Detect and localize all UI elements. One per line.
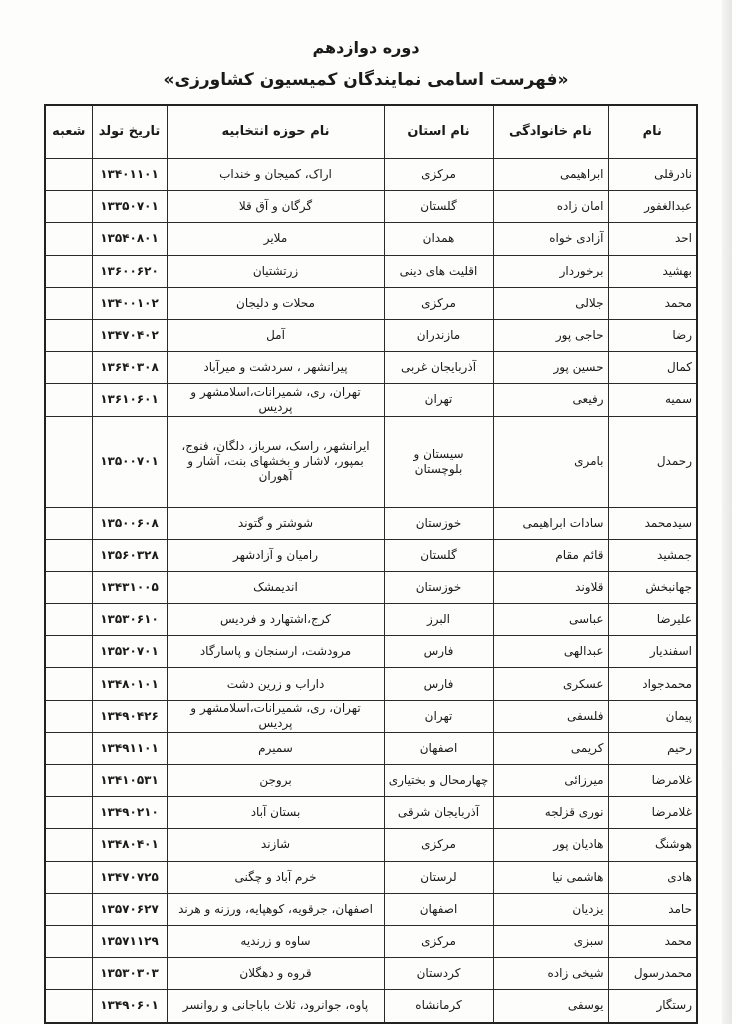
cell-branch bbox=[45, 668, 92, 700]
table-row: احدآزادی خواههمدانملایر۱۳۵۴۰۸۰۱ bbox=[45, 223, 697, 255]
cell-branch bbox=[45, 223, 92, 255]
table-row: حامدیزدیاناصفهاناصفهان، جرقویه، کوهپایه،… bbox=[45, 893, 697, 925]
cell-province: مرکزی bbox=[384, 925, 493, 957]
cell-first-name: هوشنگ bbox=[608, 829, 697, 861]
cell-birth-date: ۱۳۳۵۰۷۰۱ bbox=[92, 191, 167, 223]
table-row: بهشیدبرخورداراقلیت های دینیزرتشتیان۱۳۶۰۰… bbox=[45, 255, 697, 287]
cell-birth-date: ۱۳۵۰۰۶۰۸ bbox=[92, 507, 167, 539]
table-row: جمشیدقائم مقامگلستانرامیان و آزادشهر۱۳۵۶… bbox=[45, 539, 697, 571]
cell-birth-date: ۱۳۴۷۰۷۲۵ bbox=[92, 861, 167, 893]
cell-branch bbox=[45, 255, 92, 287]
cell-last-name: رفیعی bbox=[493, 384, 608, 416]
cell-last-name: یزدیان bbox=[493, 893, 608, 925]
cell-branch bbox=[45, 925, 92, 957]
cell-last-name: برخوردار bbox=[493, 255, 608, 287]
cell-branch bbox=[45, 507, 92, 539]
cell-province: آذربایجان شرقی bbox=[384, 797, 493, 829]
cell-birth-date: ۱۳۴۹۰۲۱۰ bbox=[92, 797, 167, 829]
cell-district: رامیان و آزادشهر bbox=[167, 539, 384, 571]
cell-branch bbox=[45, 732, 92, 764]
cell-province: فارس bbox=[384, 668, 493, 700]
cell-district: گرگان و آق قلا bbox=[167, 191, 384, 223]
cell-district: بستان آباد bbox=[167, 797, 384, 829]
cell-district: آمل bbox=[167, 319, 384, 351]
table-row: کمالحسین پورآذربایجان غربیپیرانشهر ، سرد… bbox=[45, 352, 697, 384]
cell-branch bbox=[45, 159, 92, 191]
header-province: نام استان bbox=[384, 105, 493, 159]
cell-province: اقلیت های دینی bbox=[384, 255, 493, 287]
cell-last-name: جلالی bbox=[493, 287, 608, 319]
cell-district: اراک، کمیجان و خنداب bbox=[167, 159, 384, 191]
cell-first-name: محمدرسول bbox=[608, 958, 697, 990]
cell-province: خوزستان bbox=[384, 507, 493, 539]
cell-district: اصفهان، جرقویه، کوهپایه، ورزنه و هرند bbox=[167, 893, 384, 925]
cell-birth-date: ۱۳۴۷۰۴۰۲ bbox=[92, 319, 167, 351]
cell-district: اندیمشک bbox=[167, 571, 384, 603]
cell-district: بروجن bbox=[167, 765, 384, 797]
cell-district: پاوه، جوانرود، ثلاث باباجانی و روانسر bbox=[167, 990, 384, 1023]
document-subtitle: دوره دوازدهم bbox=[0, 38, 732, 57]
table-row: محمدسبزیمرکزیساوه و زرندیه۱۳۵۷۱۱۲۹ bbox=[45, 925, 697, 957]
cell-last-name: سادات ابراهیمی bbox=[493, 507, 608, 539]
cell-last-name: میرزائی bbox=[493, 765, 608, 797]
cell-district: مرودشت، ارسنجان و پاسارگاد bbox=[167, 636, 384, 668]
cell-branch bbox=[45, 797, 92, 829]
cell-branch bbox=[45, 416, 92, 507]
cell-first-name: علیرضا bbox=[608, 604, 697, 636]
cell-last-name: شیخی زاده bbox=[493, 958, 608, 990]
cell-last-name: قائم مقام bbox=[493, 539, 608, 571]
cell-branch bbox=[45, 539, 92, 571]
cell-branch bbox=[45, 604, 92, 636]
cell-last-name: فلسفی bbox=[493, 700, 608, 732]
cell-district: سمیرم bbox=[167, 732, 384, 764]
cell-province: اصفهان bbox=[384, 732, 493, 764]
cell-first-name: حامد bbox=[608, 893, 697, 925]
table-row: سمیهرفیعیتهرانتهران، ری، شمیرانات،اسلامش… bbox=[45, 384, 697, 416]
cell-district: کرج،اشتهارد و فردیس bbox=[167, 604, 384, 636]
cell-branch bbox=[45, 636, 92, 668]
cell-last-name: ابراهیمی bbox=[493, 159, 608, 191]
cell-district: شوشتر و گتوند bbox=[167, 507, 384, 539]
table-row: نادرقلیابراهیمیمرکزیاراک، کمیجان و خنداب… bbox=[45, 159, 697, 191]
cell-province: مرکزی bbox=[384, 829, 493, 861]
cell-birth-date: ۱۳۵۳۰۶۱۰ bbox=[92, 604, 167, 636]
cell-province: کرمانشاه bbox=[384, 990, 493, 1023]
cell-last-name: کریمی bbox=[493, 732, 608, 764]
cell-province: آذربایجان غربی bbox=[384, 352, 493, 384]
cell-first-name: احد bbox=[608, 223, 697, 255]
table-header-row: نام نام خانوادگی نام استان نام حوزه انتخ… bbox=[45, 105, 697, 159]
cell-first-name: پیمان bbox=[608, 700, 697, 732]
cell-province: مازندران bbox=[384, 319, 493, 351]
cell-birth-date: ۱۳۵۰۰۷۰۱ bbox=[92, 416, 167, 507]
cell-first-name: رضا bbox=[608, 319, 697, 351]
cell-branch bbox=[45, 352, 92, 384]
cell-branch bbox=[45, 958, 92, 990]
table-row: محمدجلالیمرکزیمحلات و دلیجان۱۳۴۰۰۱۰۲ bbox=[45, 287, 697, 319]
cell-branch bbox=[45, 700, 92, 732]
cell-birth-date: ۱۳۵۴۰۸۰۱ bbox=[92, 223, 167, 255]
table-row: هادیهاشمی نیالرستانخرم آباد و چگنی۱۳۴۷۰۷… bbox=[45, 861, 697, 893]
cell-branch bbox=[45, 829, 92, 861]
cell-first-name: سمیه bbox=[608, 384, 697, 416]
cell-district: ساوه و زرندیه bbox=[167, 925, 384, 957]
cell-birth-date: ۱۳۵۶۰۳۲۸ bbox=[92, 539, 167, 571]
cell-birth-date: ۱۳۵۷۰۶۲۷ bbox=[92, 893, 167, 925]
cell-district: تهران، ری، شمیرانات،اسلامشهر و پردیس bbox=[167, 700, 384, 732]
cell-branch bbox=[45, 765, 92, 797]
cell-birth-date: ۱۳۴۸۰۱۰۱ bbox=[92, 668, 167, 700]
cell-birth-date: ۱۳۶۴۰۳۰۸ bbox=[92, 352, 167, 384]
cell-last-name: سبزی bbox=[493, 925, 608, 957]
cell-province: کردستان bbox=[384, 958, 493, 990]
cell-birth-date: ۱۳۴۹۰۶۰۱ bbox=[92, 990, 167, 1023]
cell-last-name: عسکری bbox=[493, 668, 608, 700]
cell-province: سیستان و بلوچستان bbox=[384, 416, 493, 507]
cell-birth-date: ۱۳۴۳۱۰۰۵ bbox=[92, 571, 167, 603]
cell-birth-date: ۱۳۴۸۰۴۰۱ bbox=[92, 829, 167, 861]
table-row: محمدرسولشیخی زادهکردستانقروه و دهگلان۱۳۵… bbox=[45, 958, 697, 990]
cell-first-name: سیدمحمد bbox=[608, 507, 697, 539]
cell-last-name: حاجی پور bbox=[493, 319, 608, 351]
table-row: غلامرضامیرزائیچهارمحال و بختیاریبروجن۱۳۴… bbox=[45, 765, 697, 797]
header-district: نام حوزه انتخابیه bbox=[167, 105, 384, 159]
cell-last-name: آزادی خواه bbox=[493, 223, 608, 255]
cell-province: همدان bbox=[384, 223, 493, 255]
cell-last-name: یوسفی bbox=[493, 990, 608, 1023]
cell-birth-date: ۱۳۶۰۰۶۲۰ bbox=[92, 255, 167, 287]
cell-birth-date: ۱۳۴۹۱۱۰۱ bbox=[92, 732, 167, 764]
cell-branch bbox=[45, 384, 92, 416]
cell-last-name: قلاوند bbox=[493, 571, 608, 603]
table-row: غلامرضانوری قزلجهآذربایجان شرقیبستان آبا… bbox=[45, 797, 697, 829]
document-title: «فهرست اسامی نمایندگان کمیسیون کشاورزی» bbox=[0, 70, 732, 90]
cell-first-name: جهانبخش bbox=[608, 571, 697, 603]
cell-district: زرتشتیان bbox=[167, 255, 384, 287]
table-body: نادرقلیابراهیمیمرکزیاراک، کمیجان و خنداب… bbox=[45, 159, 697, 1023]
cell-branch bbox=[45, 861, 92, 893]
cell-branch bbox=[45, 990, 92, 1023]
members-table: نام نام خانوادگی نام استان نام حوزه انتخ… bbox=[44, 104, 698, 1024]
cell-province: چهارمحال و بختیاری bbox=[384, 765, 493, 797]
cell-first-name: جمشید bbox=[608, 539, 697, 571]
cell-branch bbox=[45, 571, 92, 603]
cell-district: خرم آباد و چگنی bbox=[167, 861, 384, 893]
cell-first-name: رحیم bbox=[608, 732, 697, 764]
cell-first-name: اسفندیار bbox=[608, 636, 697, 668]
cell-district: داراب و زرین دشت bbox=[167, 668, 384, 700]
cell-last-name: عباسی bbox=[493, 604, 608, 636]
page-edge-shadow bbox=[722, 0, 732, 1024]
cell-branch bbox=[45, 287, 92, 319]
cell-province: تهران bbox=[384, 384, 493, 416]
cell-branch bbox=[45, 893, 92, 925]
cell-last-name: حسین پور bbox=[493, 352, 608, 384]
cell-first-name: عبدالغفور bbox=[608, 191, 697, 223]
cell-district: تهران، ری، شمیرانات،اسلامشهر و پردیس bbox=[167, 384, 384, 416]
cell-birth-date: ۱۳۵۷۱۱۲۹ bbox=[92, 925, 167, 957]
table-row: محمدجوادعسکریفارسداراب و زرین دشت۱۳۴۸۰۱۰… bbox=[45, 668, 697, 700]
cell-first-name: هادی bbox=[608, 861, 697, 893]
cell-first-name: رستگار bbox=[608, 990, 697, 1023]
cell-branch bbox=[45, 319, 92, 351]
table-row: رستگاریوسفیکرمانشاهپاوه، جوانرود، ثلاث ب… bbox=[45, 990, 697, 1023]
table-row: رضاحاجی پورمازندرانآمل۱۳۴۷۰۴۰۲ bbox=[45, 319, 697, 351]
cell-birth-date: ۱۳۴۰۰۱۰۲ bbox=[92, 287, 167, 319]
cell-first-name: غلامرضا bbox=[608, 765, 697, 797]
cell-last-name: هادیان پور bbox=[493, 829, 608, 861]
cell-province: گلستان bbox=[384, 191, 493, 223]
header-last-name: نام خانوادگی bbox=[493, 105, 608, 159]
cell-last-name: بامری bbox=[493, 416, 608, 507]
cell-province: مرکزی bbox=[384, 287, 493, 319]
cell-birth-date: ۱۳۶۱۰۶۰۱ bbox=[92, 384, 167, 416]
cell-last-name: هاشمی نیا bbox=[493, 861, 608, 893]
table-row: اسفندیارعبدالهیفارسمرودشت، ارسنجان و پاس… bbox=[45, 636, 697, 668]
cell-last-name: عبدالهی bbox=[493, 636, 608, 668]
cell-district: ملایر bbox=[167, 223, 384, 255]
cell-district: پیرانشهر ، سردشت و میرآباد bbox=[167, 352, 384, 384]
cell-first-name: نادرقلی bbox=[608, 159, 697, 191]
cell-district: شازند bbox=[167, 829, 384, 861]
table-row: رحمدلبامریسیستان و بلوچستانایرانشهر، راس… bbox=[45, 416, 697, 507]
header-branch: شعبه bbox=[45, 105, 92, 159]
cell-first-name: محمد bbox=[608, 287, 697, 319]
table-row: هوشنگهادیان پورمرکزیشازند۱۳۴۸۰۴۰۱ bbox=[45, 829, 697, 861]
cell-last-name: امان زاده bbox=[493, 191, 608, 223]
cell-birth-date: ۱۳۴۱۰۵۳۱ bbox=[92, 765, 167, 797]
cell-birth-date: ۱۳۵۲۰۷۰۱ bbox=[92, 636, 167, 668]
cell-branch bbox=[45, 191, 92, 223]
cell-first-name: غلامرضا bbox=[608, 797, 697, 829]
table-row: سیدمحمدسادات ابراهیمیخوزستانشوشتر و گتون… bbox=[45, 507, 697, 539]
table-row: رحیمکریمیاصفهانسمیرم۱۳۴۹۱۱۰۱ bbox=[45, 732, 697, 764]
cell-district: محلات و دلیجان bbox=[167, 287, 384, 319]
table-row: پیمانفلسفیتهرانتهران، ری، شمیرانات،اسلام… bbox=[45, 700, 697, 732]
cell-province: گلستان bbox=[384, 539, 493, 571]
table-row: علیرضاعباسیالبرزکرج،اشتهارد و فردیس۱۳۵۳۰… bbox=[45, 604, 697, 636]
cell-province: فارس bbox=[384, 636, 493, 668]
cell-district: قروه و دهگلان bbox=[167, 958, 384, 990]
cell-province: خوزستان bbox=[384, 571, 493, 603]
cell-first-name: رحمدل bbox=[608, 416, 697, 507]
cell-first-name: محمدجواد bbox=[608, 668, 697, 700]
cell-first-name: کمال bbox=[608, 352, 697, 384]
cell-province: مرکزی bbox=[384, 159, 493, 191]
cell-district: ایرانشهر، راسک، سرباز، دلگان، فنوج، بمپو… bbox=[167, 416, 384, 507]
cell-province: لرستان bbox=[384, 861, 493, 893]
header-first-name: نام bbox=[608, 105, 697, 159]
cell-last-name: نوری قزلجه bbox=[493, 797, 608, 829]
cell-birth-date: ۱۳۵۳۰۳۰۳ bbox=[92, 958, 167, 990]
cell-first-name: محمد bbox=[608, 925, 697, 957]
cell-province: البرز bbox=[384, 604, 493, 636]
cell-birth-date: ۱۳۴۰۱۱۰۱ bbox=[92, 159, 167, 191]
cell-province: تهران bbox=[384, 700, 493, 732]
cell-province: اصفهان bbox=[384, 893, 493, 925]
header-birth-date: تاریخ تولد bbox=[92, 105, 167, 159]
cell-birth-date: ۱۳۴۹۰۴۲۶ bbox=[92, 700, 167, 732]
cell-first-name: بهشید bbox=[608, 255, 697, 287]
table-row: جهانبخشقلاوندخوزستاناندیمشک۱۳۴۳۱۰۰۵ bbox=[45, 571, 697, 603]
table-row: عبدالغفورامان زادهگلستانگرگان و آق قلا۱۳… bbox=[45, 191, 697, 223]
